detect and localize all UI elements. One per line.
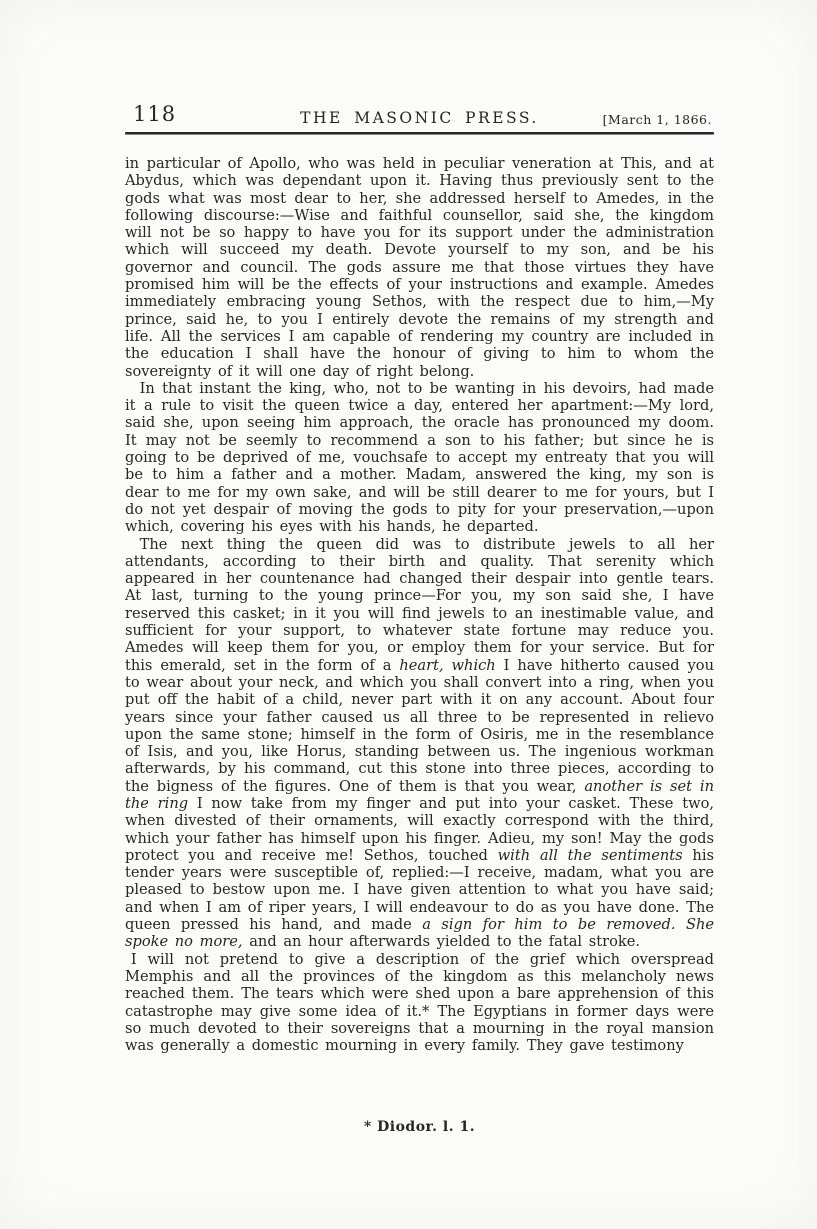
paragraph: in particular of Apollo, who was held in… bbox=[125, 155, 714, 380]
text-segment: I will not pretend to give a description… bbox=[125, 951, 714, 1054]
text-segment: I have hitherto caused you to wear about… bbox=[125, 657, 714, 795]
page-header: 118 THE MASONIC PRESS. [March 1, 1866. bbox=[125, 102, 714, 130]
italic-text-segment: with all the sentiments bbox=[498, 847, 683, 864]
issue-date: [March 1, 1866. bbox=[603, 112, 712, 127]
text-segment: in particular of Apollo, who was held in… bbox=[125, 155, 714, 380]
article-body: in particular of Apollo, who was held in… bbox=[125, 155, 714, 1054]
italic-text-segment: heart, which bbox=[399, 657, 495, 674]
footnote: * Diodor. l. 1. bbox=[125, 1119, 714, 1135]
paragraph: The next thing the queen did was to dist… bbox=[125, 536, 714, 951]
text-segment: The next thing the queen did was to dist… bbox=[125, 536, 714, 674]
header-rule bbox=[125, 132, 714, 135]
text-segment: and an hour afterwards yielded to the fa… bbox=[243, 933, 640, 950]
text-segment: In that instant the king, who, not to be… bbox=[125, 380, 714, 535]
scanned-page: 118 THE MASONIC PRESS. [March 1, 1866. i… bbox=[0, 0, 817, 1229]
paragraph: I will not pretend to give a description… bbox=[125, 951, 714, 1055]
paragraph: In that instant the king, who, not to be… bbox=[125, 380, 714, 536]
